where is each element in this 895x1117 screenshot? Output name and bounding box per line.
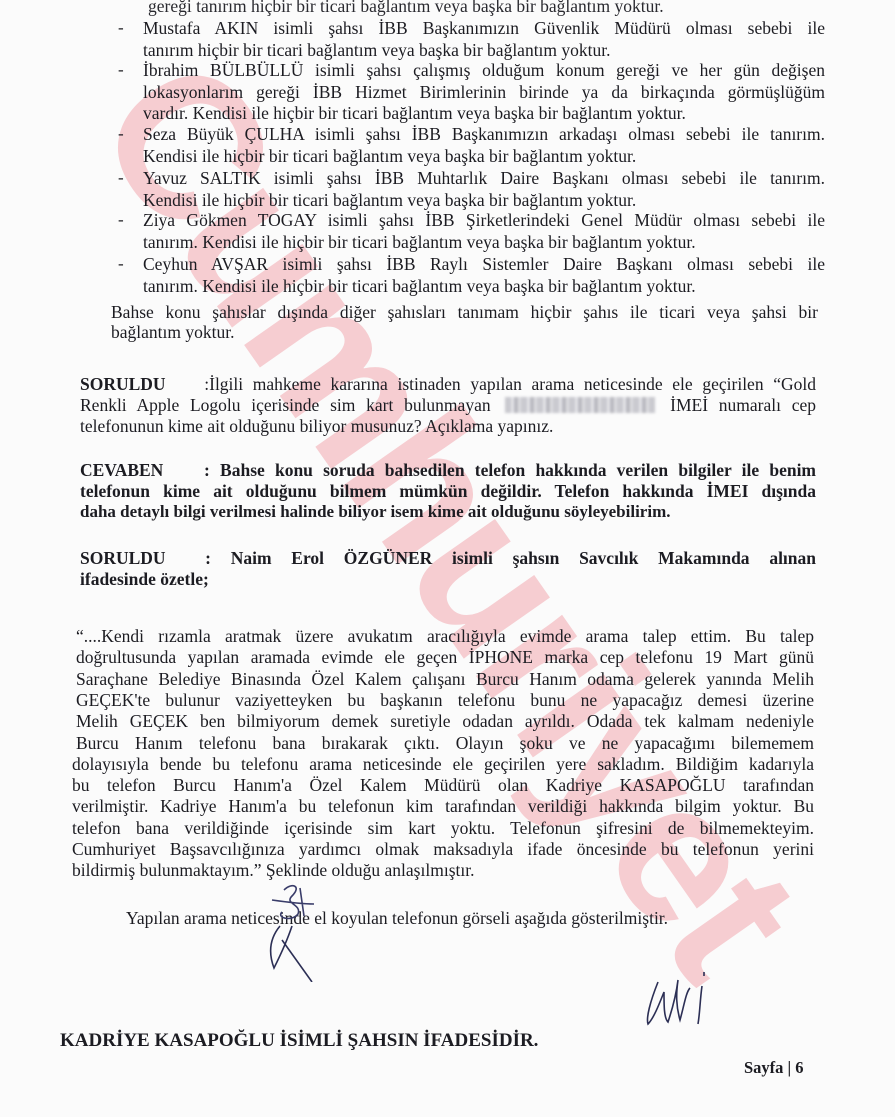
list-item-line: Seza Büyük ÇULHA isimli şahsı İBB Başkan… — [143, 124, 825, 144]
list-item-line: Ceyhun AVŞAR isimli şahsı İBB Raylı Sist… — [143, 254, 825, 274]
document-page: Cumhuriyet gereği tanırım hiçbir bir tic… — [0, 0, 895, 1117]
list-bullet: - — [118, 60, 124, 80]
partial-top-line-left: gereği tanırım hiçbir bir ticari bağlant… — [148, 0, 664, 16]
question-2-line-2: ifadesinde özetle; — [80, 569, 209, 589]
quote-line: Melih GEÇEK ben bilmiyorum demek suretiy… — [76, 711, 814, 731]
question-1-text-1: :İlgili mahkeme kararına istinaden yapıl… — [204, 374, 816, 394]
list-item-line: Yavuz SALTIK isimli şahsı İBB Muhtarlık … — [143, 168, 825, 188]
list-item-line: tanırım. Kendisi ile hiçbir bir ticari b… — [143, 276, 696, 296]
partial-top-line: gereği tanırım hiçbir bir ticari bağlant… — [148, 0, 828, 16]
list-item-line: tanırım. Kendisi ile hiçbir bir ticari b… — [143, 232, 696, 252]
page-number: Sayfa | 6 — [744, 1058, 804, 1078]
list-item-line: tanırım hiçbir bir ticari bağlantım veya… — [143, 40, 611, 60]
list-bullet: - — [118, 254, 124, 274]
list-bullet: - — [118, 18, 124, 38]
quote-line: telefon bana verildiğinde içerisinde sim… — [72, 818, 814, 838]
image-note: Yapılan arama neticesinde el koyulan tel… — [126, 908, 668, 928]
quote-line: doğrultusunda yapılan aramada evimde ele… — [76, 647, 814, 667]
quote-line: “....Kendi rızamla aratmak üzere avukatı… — [76, 626, 814, 646]
question-2-label: SORULDU — [80, 548, 166, 568]
list-item-line: Kendisi ile hiçbir bir ticari bağlantım … — [143, 190, 636, 210]
question-1-text-2b: İMEİ numaralı cep — [670, 395, 816, 415]
signature-left-icon — [262, 882, 342, 982]
signature-right-icon — [640, 962, 720, 1032]
question-2-text-1: : Naim Erol ÖZGÜNER isimli şahsın Savcıl… — [205, 548, 816, 568]
question-1-line-1: SORULDU :İlgili mahkeme kararına istinad… — [80, 374, 816, 394]
answer-1-line-3: daha detaylı bilgi verilmesi halinde bil… — [80, 502, 670, 522]
imei-redacted — [505, 397, 655, 413]
quote-line: GEÇEK'te bulunur vaziyetteyken bu başkan… — [76, 690, 814, 710]
list-bullet: - — [118, 124, 124, 144]
answer-1-text-1: : Bahse konu soruda bahsedilen telefon h… — [204, 460, 816, 480]
list-bullet: - — [118, 168, 124, 188]
list-item-line: vardır. Kendisi ile hiçbir bir ticari ba… — [143, 103, 686, 123]
answer-1-line-1: CEVABEN : Bahse konu soruda bahsedilen t… — [80, 460, 816, 480]
question-1-line-3: telefonunun kime ait olduğunu biliyor mu… — [80, 416, 553, 436]
quote-line: bildirmiş bulunmaktayım.” Şeklinde olduğ… — [72, 860, 474, 880]
quote-line: dolayısıyla bende bu telefonu arama neti… — [72, 754, 814, 774]
closing-line-2: bağlantım yoktur. — [111, 322, 234, 342]
question-2-line-1: SORULDU : Naim Erol ÖZGÜNER isimli şahsı… — [80, 548, 816, 568]
quote-line: Cumhuriyet Başsavcılığınıza yardımcı olm… — [72, 839, 814, 859]
answer-1-label: CEVABEN — [80, 460, 163, 480]
list-item-line: Ziya Gökmen TOGAY isimli şahsı İBB Şirke… — [143, 210, 825, 230]
quote-line: Saraçhane Belediye Binasında Özel Kalem … — [76, 669, 814, 689]
quote-line: bu telefon Burcu Hanım'a Özel Kalem Müdü… — [72, 775, 814, 795]
quote-line: verilmiştir. Kadriye Hanım'a bu telefonu… — [72, 796, 814, 816]
list-item-line: Kendisi ile hiçbir bir ticari bağlantım … — [143, 146, 636, 166]
question-1-label: SORULDU — [80, 374, 166, 394]
quote-line: Burcu Hanım telefonu bana bırakarak çıkt… — [76, 733, 814, 753]
document-footer-title: KADRİYE KASAPOĞLU İSİMLİ ŞAHSIN İFADESİD… — [60, 1030, 538, 1052]
list-item-line: lokasyonlarım gereği İBB Hizmet Birimler… — [143, 82, 825, 102]
list-bullet: - — [118, 210, 124, 230]
question-1-text-2a: Renkli Apple Logolu içerisinde sim kart … — [80, 395, 491, 415]
answer-1-line-2: telefonun kime ait olduğunu bilmem mümkü… — [80, 481, 816, 501]
list-item-line: İbrahim BÜLBÜLLÜ isimli şahsı çalışmış o… — [143, 60, 825, 80]
list-item-line: Mustafa AKIN isimli şahsı İBB Başkanımız… — [143, 18, 825, 38]
question-1-line-2: Renkli Apple Logolu içerisinde sim kart … — [80, 395, 816, 415]
closing-line-1: Bahse konu şahıslar dışında diğer şahısl… — [111, 302, 818, 322]
